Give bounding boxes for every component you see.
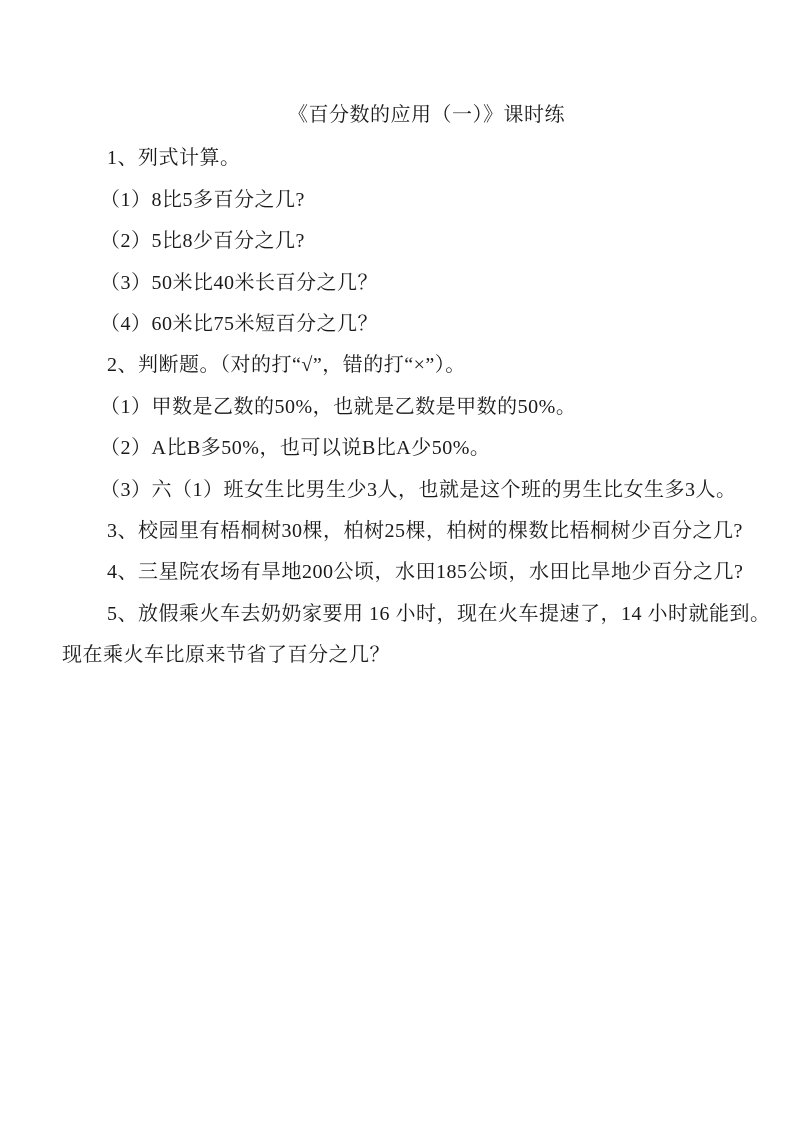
worksheet-content: 《百分数的应用（一）》课时练 1、列式计算。 （1）8比5多百分之几? （2）5…: [0, 0, 793, 677]
worksheet-page: 《百分数的应用（一）》课时练 1、列式计算。 （1）8比5多百分之几? （2）5…: [0, 0, 793, 1122]
question-3: 3、校园里有梧桐树30棵，柏树25棵，柏树的棵数比梧桐树少百分之几?: [0, 511, 793, 552]
question-5-line-2: 现在乘火车比原来节省了百分之几？: [0, 635, 793, 676]
question-5-line-1: 5、放假乘火车去奶奶家要用 16 小时，现在火车提速了，14 小时就能到。: [0, 594, 793, 635]
section-1-item-3: （3）50米比40米长百分之几？: [0, 263, 793, 304]
section-1-item-2: （2）5比8少百分之几?: [0, 221, 793, 262]
section-1-item-1: （1）8比5多百分之几?: [0, 180, 793, 221]
section-2-item-3: （3）六（1）班女生比男生少3人，也就是这个班的男生比女生多3人。: [0, 470, 793, 511]
section-2-item-2: （2）A比B多50%，也可以说B比A少50%。: [0, 428, 793, 469]
page-title: 《百分数的应用（一）》课时练: [0, 95, 793, 136]
section-1-item-4: （4）60米比75米短百分之几？: [0, 304, 793, 345]
question-4: 4、三星院农场有旱地200公顷，水田185公顷，水田比旱地少百分之几?: [0, 552, 793, 593]
section-1-header: 1、列式计算。: [0, 138, 793, 179]
section-2-item-1: （1）甲数是乙数的50%，也就是乙数是甲数的50%。: [0, 387, 793, 428]
section-2-header: 2、判断题。（对的打“√”，错的打“×”）。: [0, 345, 793, 386]
